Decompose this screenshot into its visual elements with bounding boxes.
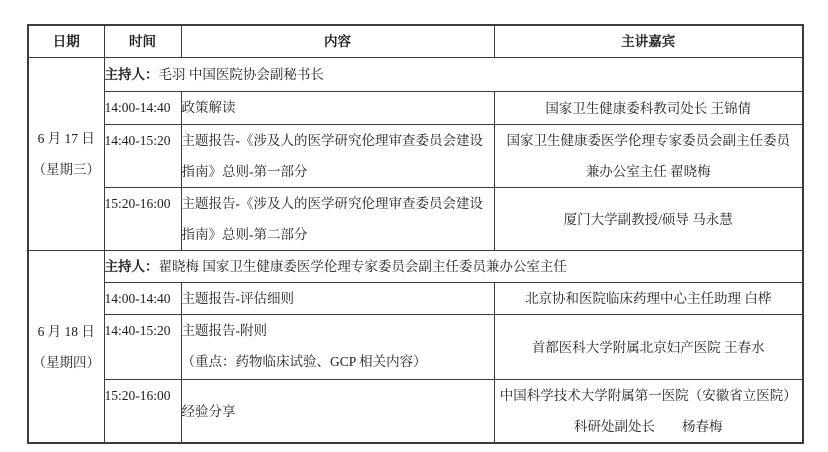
content-line: 主题报告-附则 <box>182 315 494 346</box>
session-row: 15:20-16:00 经验分享 中国科学技术大学附属第一医院（安徽省立医院） … <box>28 380 803 444</box>
speaker-line: 兼办公室主任 翟晓梅 <box>495 156 803 187</box>
content-cell: 经验分享 <box>181 380 494 444</box>
time-cell: 15:20-16:00 <box>104 188 181 251</box>
host-text: 毛羽 中国医院协会副秘书长 <box>159 67 324 82</box>
speaker-cell: 国家卫生健康委医学伦理专家委员会副主任委员 兼办公室主任 翟晓梅 <box>494 125 803 188</box>
host-text: 翟晓梅 国家卫生健康委医学伦理专家委员会副主任委员兼办公室主任 <box>159 259 567 274</box>
content-cell: 主题报告-《涉及人的医学研究伦理审查委员会建设 指南》总则-第一部分 <box>181 125 494 188</box>
speaker-line: 国家卫生健康委科教司处长 王锦倩 <box>495 93 803 124</box>
speaker-line: 中国科学技术大学附属第一医院（安徽省立医院） <box>495 380 803 411</box>
content-line: 主题报告-评估细则 <box>182 283 494 314</box>
speaker-cell: 中国科学技术大学附属第一医院（安徽省立医院） 科研处副处长 杨春梅 <box>494 380 803 444</box>
speaker-line: 北京协和医院临床药理中心主任助理 白桦 <box>495 283 803 314</box>
weekday-line: （星期三） <box>29 154 104 185</box>
speaker-line: 首都医科大学附属北京妇产医院 王春水 <box>495 332 803 363</box>
schedule-table: 日期 时间 内容 主讲嘉宾 6 月 17 日 （星期三） 主持人：毛羽 中国医院… <box>27 24 804 444</box>
content-line: 主题报告-《涉及人的医学研究伦理审查委员会建设 <box>182 125 494 156</box>
host-cell-day2: 主持人：翟晓梅 国家卫生健康委医学伦理专家委员会副主任委员兼办公室主任 <box>104 251 803 283</box>
header-row: 日期 时间 内容 主讲嘉宾 <box>28 25 803 58</box>
content-line: 经验分享 <box>182 396 494 427</box>
time-cell: 14:40-15:20 <box>104 125 181 188</box>
header-cell-date: 日期 <box>28 25 104 58</box>
host-row-day2: 6 月 18 日 （星期四） 主持人：翟晓梅 国家卫生健康委医学伦理专家委员会副… <box>28 251 803 283</box>
content-cell: 政策解读 <box>181 92 494 125</box>
speaker-cell: 北京协和医院临床药理中心主任助理 白桦 <box>494 283 803 315</box>
date-line: 6 月 18 日 <box>29 316 104 347</box>
date-line: 6 月 17 日 <box>29 123 104 154</box>
header-cell-speaker: 主讲嘉宾 <box>494 25 803 58</box>
speaker-cell: 首都医科大学附属北京妇产医院 王春水 <box>494 315 803 380</box>
date-cell-day2: 6 月 18 日 （星期四） <box>28 251 104 444</box>
speaker-cell: 国家卫生健康委科教司处长 王锦倩 <box>494 92 803 125</box>
host-label: 主持人： <box>105 259 159 274</box>
speaker-line: 科研处副处长 杨春梅 <box>495 411 803 442</box>
session-row: 14:40-15:20 主题报告-《涉及人的医学研究伦理审查委员会建设 指南》总… <box>28 125 803 188</box>
session-row: 14:00-14:40 政策解读 国家卫生健康委科教司处长 王锦倩 <box>28 92 803 125</box>
content-line: 政策解读 <box>182 92 494 123</box>
weekday-line: （星期四） <box>29 347 104 378</box>
header-cell-time: 时间 <box>104 25 181 58</box>
time-cell: 15:20-16:00 <box>104 380 181 444</box>
host-row-day1: 6 月 17 日 （星期三） 主持人：毛羽 中国医院协会副秘书长 <box>28 58 803 92</box>
time-cell: 14:40-15:20 <box>104 315 181 380</box>
host-label: 主持人： <box>105 67 159 82</box>
content-line: （重点：药物临床试验、GCP 相关内容） <box>182 346 494 377</box>
host-cell-day1: 主持人：毛羽 中国医院协会副秘书长 <box>104 58 803 92</box>
content-line: 指南》总则-第二部分 <box>182 219 494 250</box>
content-cell: 主题报告-《涉及人的医学研究伦理审查委员会建设 指南》总则-第二部分 <box>181 188 494 251</box>
time-cell: 14:00-14:40 <box>104 92 181 125</box>
session-row: 14:00-14:40 主题报告-评估细则 北京协和医院临床药理中心主任助理 白… <box>28 283 803 315</box>
content-cell: 主题报告-评估细则 <box>181 283 494 315</box>
session-row: 14:40-15:20 主题报告-附则 （重点：药物临床试验、GCP 相关内容）… <box>28 315 803 380</box>
speaker-line: 国家卫生健康委医学伦理专家委员会副主任委员 <box>495 125 803 156</box>
content-line: 指南》总则-第一部分 <box>182 156 494 187</box>
content-cell: 主题报告-附则 （重点：药物临床试验、GCP 相关内容） <box>181 315 494 380</box>
speaker-line: 厦门大学副教授/硕导 马永慧 <box>495 204 803 235</box>
speaker-cell: 厦门大学副教授/硕导 马永慧 <box>494 188 803 251</box>
content-line: 主题报告-《涉及人的医学研究伦理审查委员会建设 <box>182 188 494 219</box>
session-row: 15:20-16:00 主题报告-《涉及人的医学研究伦理审查委员会建设 指南》总… <box>28 188 803 251</box>
date-cell-day1: 6 月 17 日 （星期三） <box>28 58 104 251</box>
time-cell: 14:00-14:40 <box>104 283 181 315</box>
header-cell-content: 内容 <box>181 25 494 58</box>
